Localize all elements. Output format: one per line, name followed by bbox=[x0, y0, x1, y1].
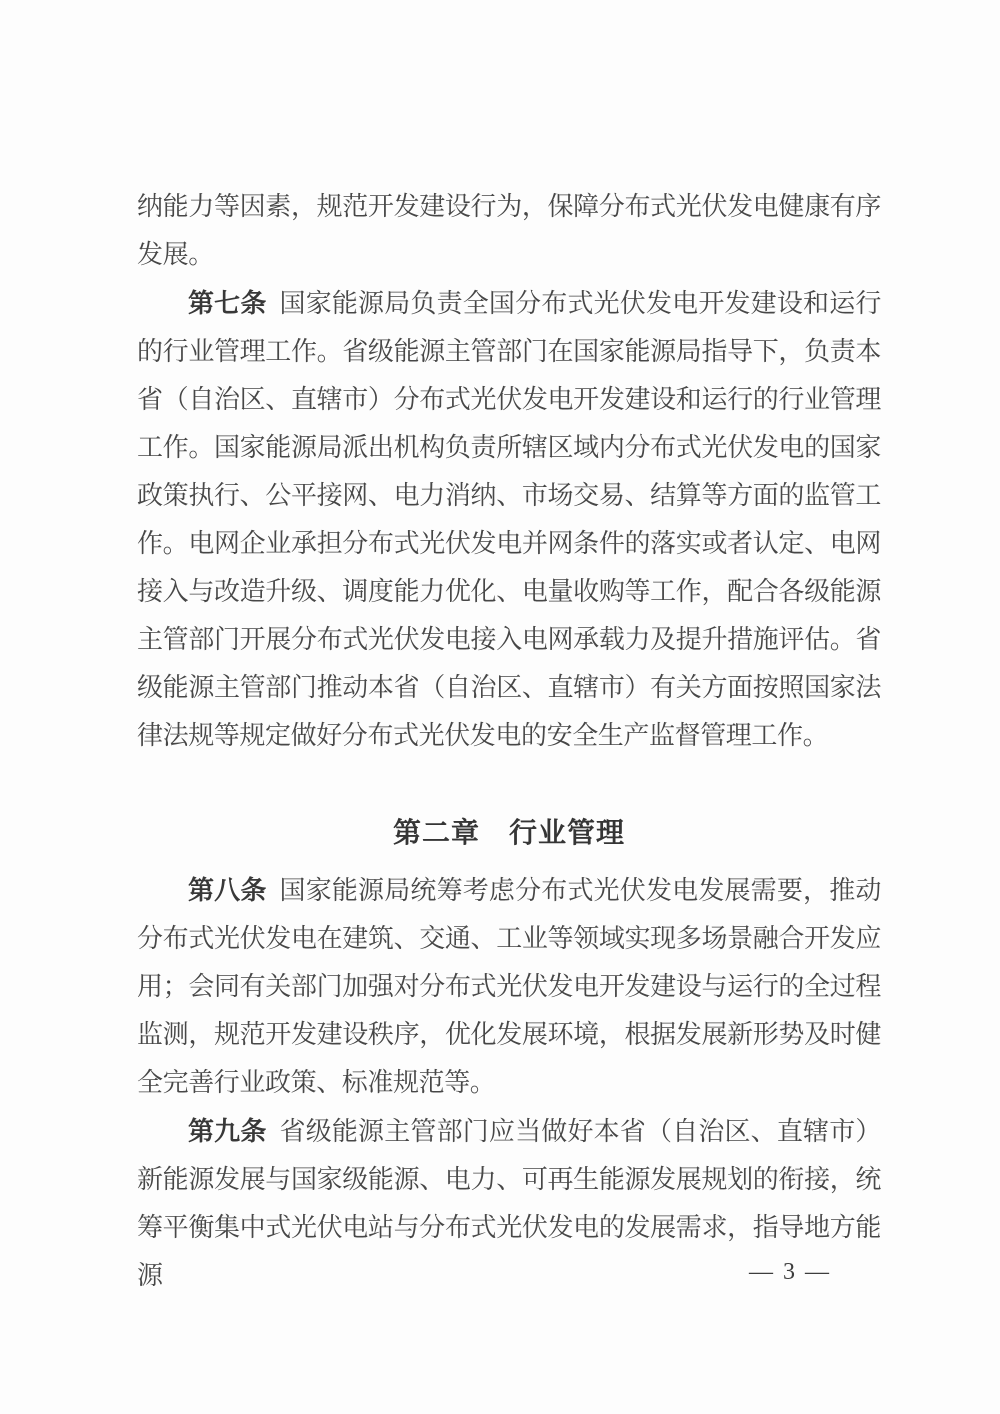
document-body: 纳能力等因素，规范开发建设行为，保障分布式光伏发电健康有序发展。 第七条国家能源… bbox=[137, 183, 881, 1300]
document-page: 纳能力等因素，规范开发建设行为，保障分布式光伏发电健康有序发展。 第七条国家能源… bbox=[0, 0, 1000, 1414]
page-number: — 3 — bbox=[700, 1254, 880, 1290]
article-7-text: 国家能源局负责全国分布式光伏发电开发建设和运行的行业管理工作。省级能源主管部门在… bbox=[137, 289, 881, 750]
article-8-paragraph: 第八条国家能源局统筹考虑分布式光伏发电发展需要，推动分布式光伏发电在建筑、交通、… bbox=[137, 866, 881, 1107]
article-9-label: 第九条 bbox=[188, 1116, 280, 1146]
chapter-2-heading: 第二章 行业管理 bbox=[137, 809, 881, 857]
article-7-label: 第七条 bbox=[188, 288, 280, 318]
paragraph-continuation: 纳能力等因素，规范开发建设行为，保障分布式光伏发电健康有序发展。 bbox=[137, 183, 881, 279]
article-7-paragraph: 第七条国家能源局负责全国分布式光伏发电开发建设和运行的行业管理工作。省级能源主管… bbox=[137, 279, 881, 760]
article-8-label: 第八条 bbox=[188, 875, 280, 905]
article-8-text: 国家能源局统筹考虑分布式光伏发电发展需要，推动分布式光伏发电在建筑、交通、工业等… bbox=[137, 876, 881, 1097]
